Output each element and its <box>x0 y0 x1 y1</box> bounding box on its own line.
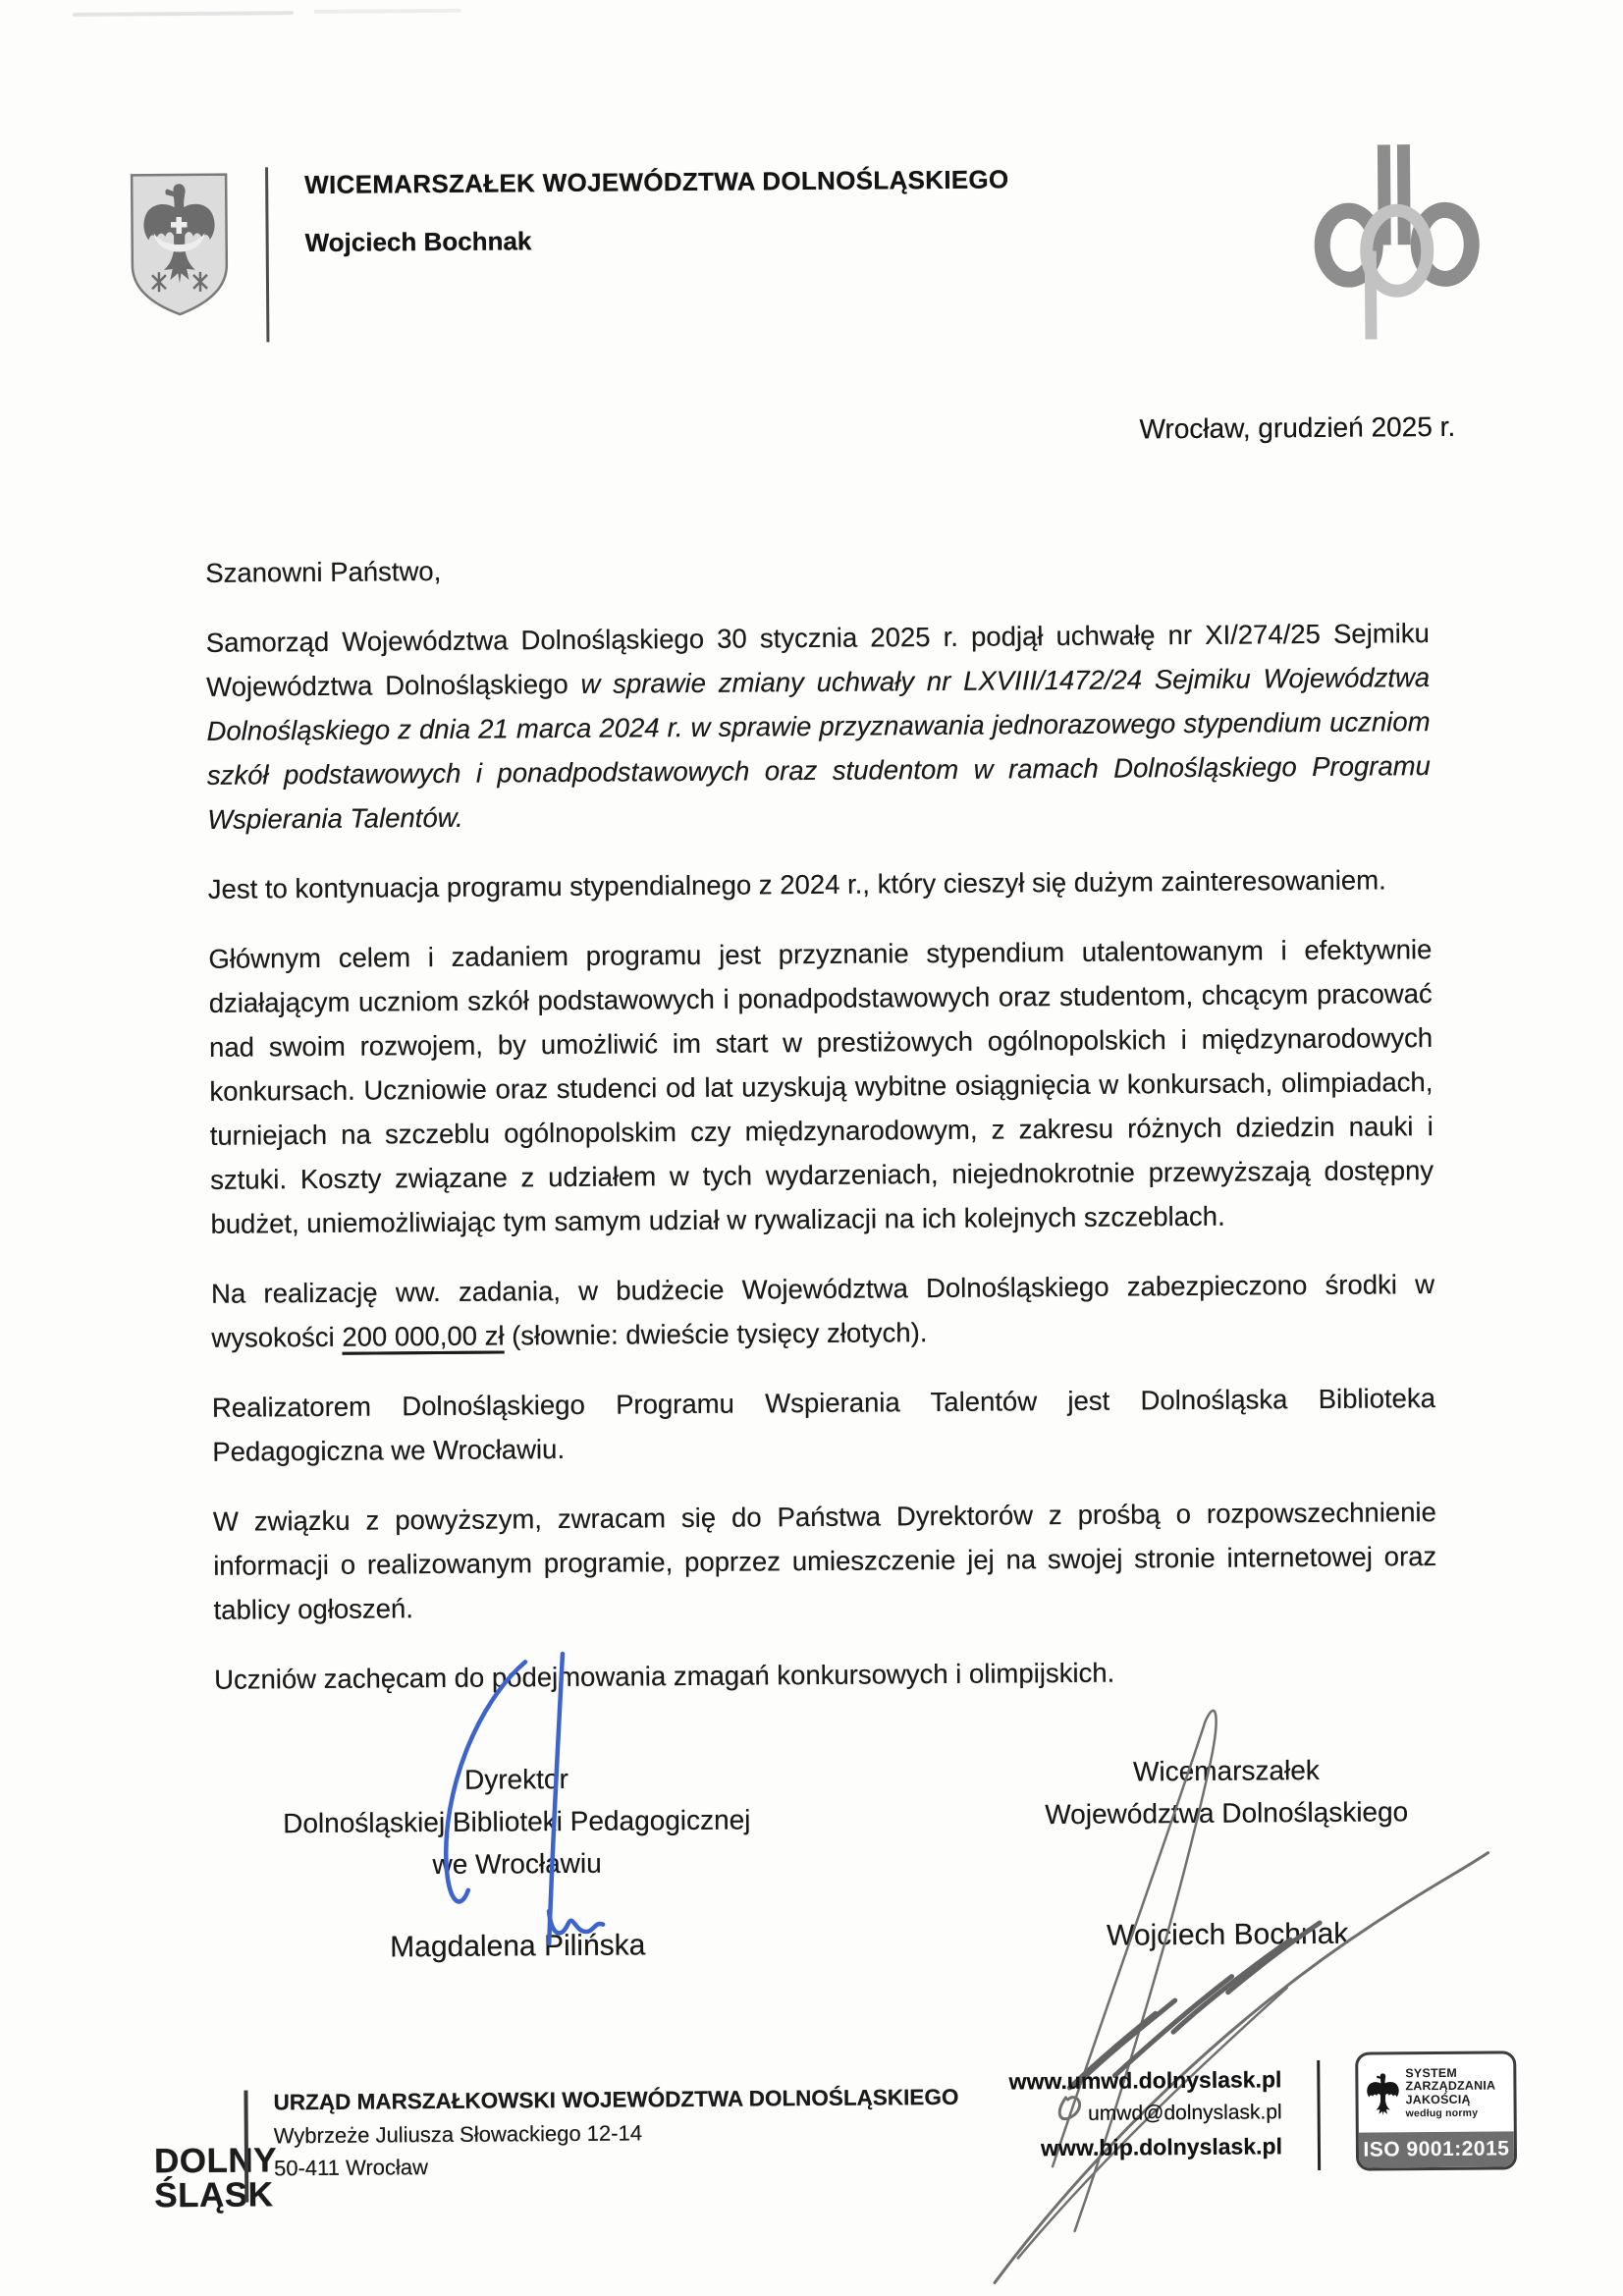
letter-body: Szanowni Państwo, Samorząd Województwa D… <box>205 541 1437 1727</box>
dolny-slask-logo: DOLNY ŚLĄSK <box>154 2143 278 2213</box>
header-divider <box>265 167 269 342</box>
footer-email: umwd@dolnyslask.pl <box>948 2096 1282 2132</box>
footer-divider-left <box>243 2091 248 2203</box>
paragraph-budget: Na realizację ww. zadania, w budżecie Wo… <box>211 1262 1435 1360</box>
signature-title: we Wrocławiu <box>242 1840 791 1886</box>
sender-title: WICEMARSZAŁEK WOJEWÓDZTWA DOLNOŚLĄSKIEGO <box>304 164 1009 200</box>
paragraph-request: W związku z powyższym, zwracam się do Pa… <box>213 1490 1437 1632</box>
iso-badge-subtext: według normy <box>1406 2107 1496 2121</box>
budget-amount: 200 000,00 zł <box>342 1320 504 1351</box>
paragraph-resolution: Samorząd Województwa Dolnośląskiego 30 s… <box>206 611 1432 842</box>
footer-links-block: www.umwd.dolnyslask.pl umwd@dolnyslask.p… <box>947 2062 1282 2165</box>
letter-page: WICEMARSZAŁEK WOJEWÓDZTWA DOLNOŚLĄSKIEGO… <box>0 0 1623 2296</box>
scanned-sheet: WICEMARSZAŁEK WOJEWÓDZTWA DOLNOŚLĄSKIEGO… <box>0 0 1623 2296</box>
iso-standard-label: ISO 9001:2015 <box>1359 2131 1514 2167</box>
footer-address-block: URZĄD MARSZAŁKOWSKI WOJEWÓDZTWA DOLNOŚLĄ… <box>273 2081 959 2185</box>
footer-url-bip: www.bip.dolnyslask.pl <box>948 2129 1282 2165</box>
iso-badge-text: JAKOŚCIĄ <box>1405 2093 1495 2106</box>
eagle-icon <box>1365 2071 1400 2117</box>
paragraph-operator: Realizatorem Dolnośląskiego Programu Wsp… <box>212 1376 1436 1474</box>
paragraph-text: (słownie: dwieście tysięcy złotych). <box>504 1317 927 1350</box>
paragraph-encouragement: Uczniów zachęcam do podejmowania zmagań … <box>214 1648 1437 1702</box>
signatory-name: Wojciech Bochnak <box>952 1912 1502 1958</box>
signature-title: Wicemarszałek <box>951 1748 1501 1794</box>
sender-block: WICEMARSZAŁEK WOJEWÓDZTWA DOLNOŚLĄSKIEGO… <box>304 164 1009 258</box>
coat-of-arms-icon <box>129 172 230 318</box>
scan-artifact <box>314 9 461 14</box>
signature-title: Dyrektor <box>242 1756 791 1802</box>
footer-url-main: www.umwd.dolnyslask.pl <box>947 2062 1281 2099</box>
signature-block-vice-marshal: Wicemarszałek Województwa Dolnośląskiego… <box>951 1748 1503 1958</box>
paragraph-goal: Głównym celem i zadaniem programu jest p… <box>208 927 1434 1246</box>
dolny-slask-logo-line: ŚLĄSK <box>154 2177 277 2213</box>
greeting: Szanowni Państwo, <box>205 541 1429 595</box>
dateline: Wrocław, grudzień 2025 r. <box>1139 411 1455 446</box>
footer-street: Wybrzeże Juliusza Słowackiego 12-14 <box>274 2113 959 2152</box>
paragraph-continuation: Jest to kontynuacja programu stypendialn… <box>208 857 1432 911</box>
signature-title: Dolnośląskiej Biblioteki Pedagogicznej <box>242 1798 791 1844</box>
footer-city: 50-411 Wrocław <box>274 2147 959 2185</box>
signature-block-director: Dyrektor Dolnośląskiej Biblioteki Pedago… <box>242 1756 793 1969</box>
sender-name: Wojciech Bochnak <box>305 222 1010 258</box>
dolny-slask-logo-line: DOLNY <box>154 2143 277 2178</box>
iso-badge-top: SYSTEM ZARZĄDZANIA JAKOŚCIĄ według normy <box>1358 2053 1514 2132</box>
signature-title: Województwa Dolnośląskiego <box>951 1790 1501 1836</box>
signatory-name: Magdalena Pilińska <box>243 1923 792 1969</box>
dbp-monogram-logo-icon <box>1313 140 1482 343</box>
scan-artifact <box>73 11 294 17</box>
footer-divider-right <box>1317 2060 1321 2170</box>
footer-office-name: URZĄD MARSZAŁKOWSKI WOJEWÓDZTWA DOLNOŚLĄ… <box>273 2081 958 2119</box>
iso-quality-badge: SYSTEM ZARZĄDZANIA JAKOŚCIĄ według normy… <box>1355 2050 1517 2170</box>
iso-badge-text: ZARZĄDZANIA <box>1405 2080 1495 2094</box>
